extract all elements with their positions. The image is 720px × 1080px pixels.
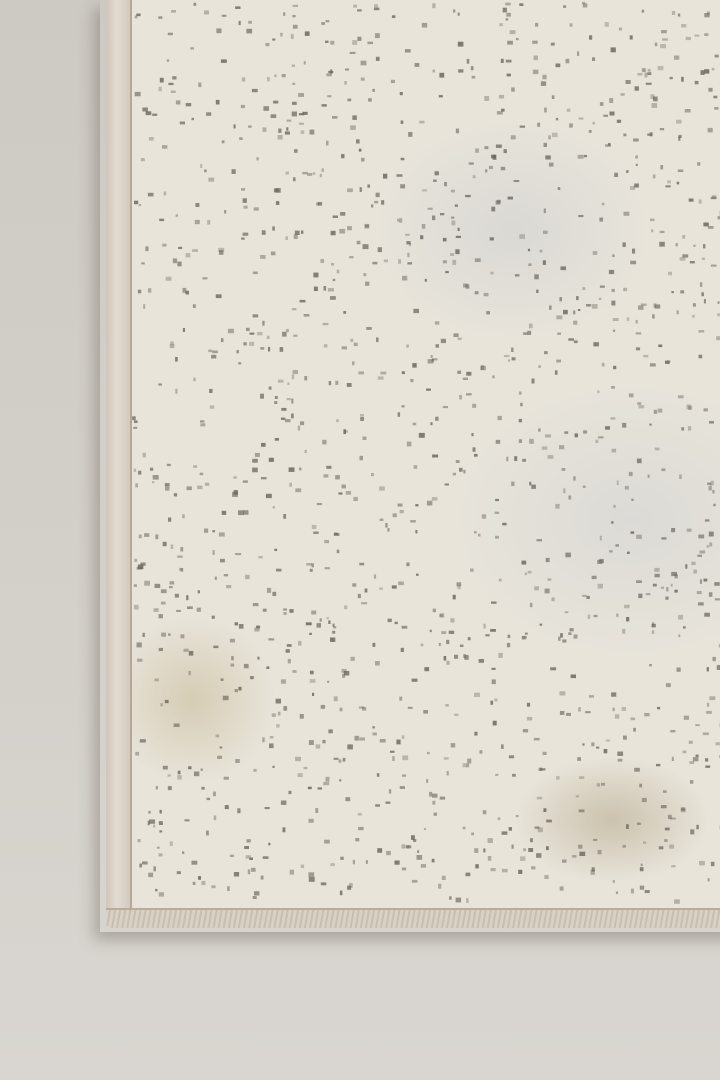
- rug-pattern-field: [132, 0, 720, 908]
- rug: [106, 0, 720, 928]
- distressed-speckle-pattern: [132, 0, 720, 908]
- rug-bottom-binding: [106, 908, 720, 928]
- rug-side-binding: [106, 0, 132, 928]
